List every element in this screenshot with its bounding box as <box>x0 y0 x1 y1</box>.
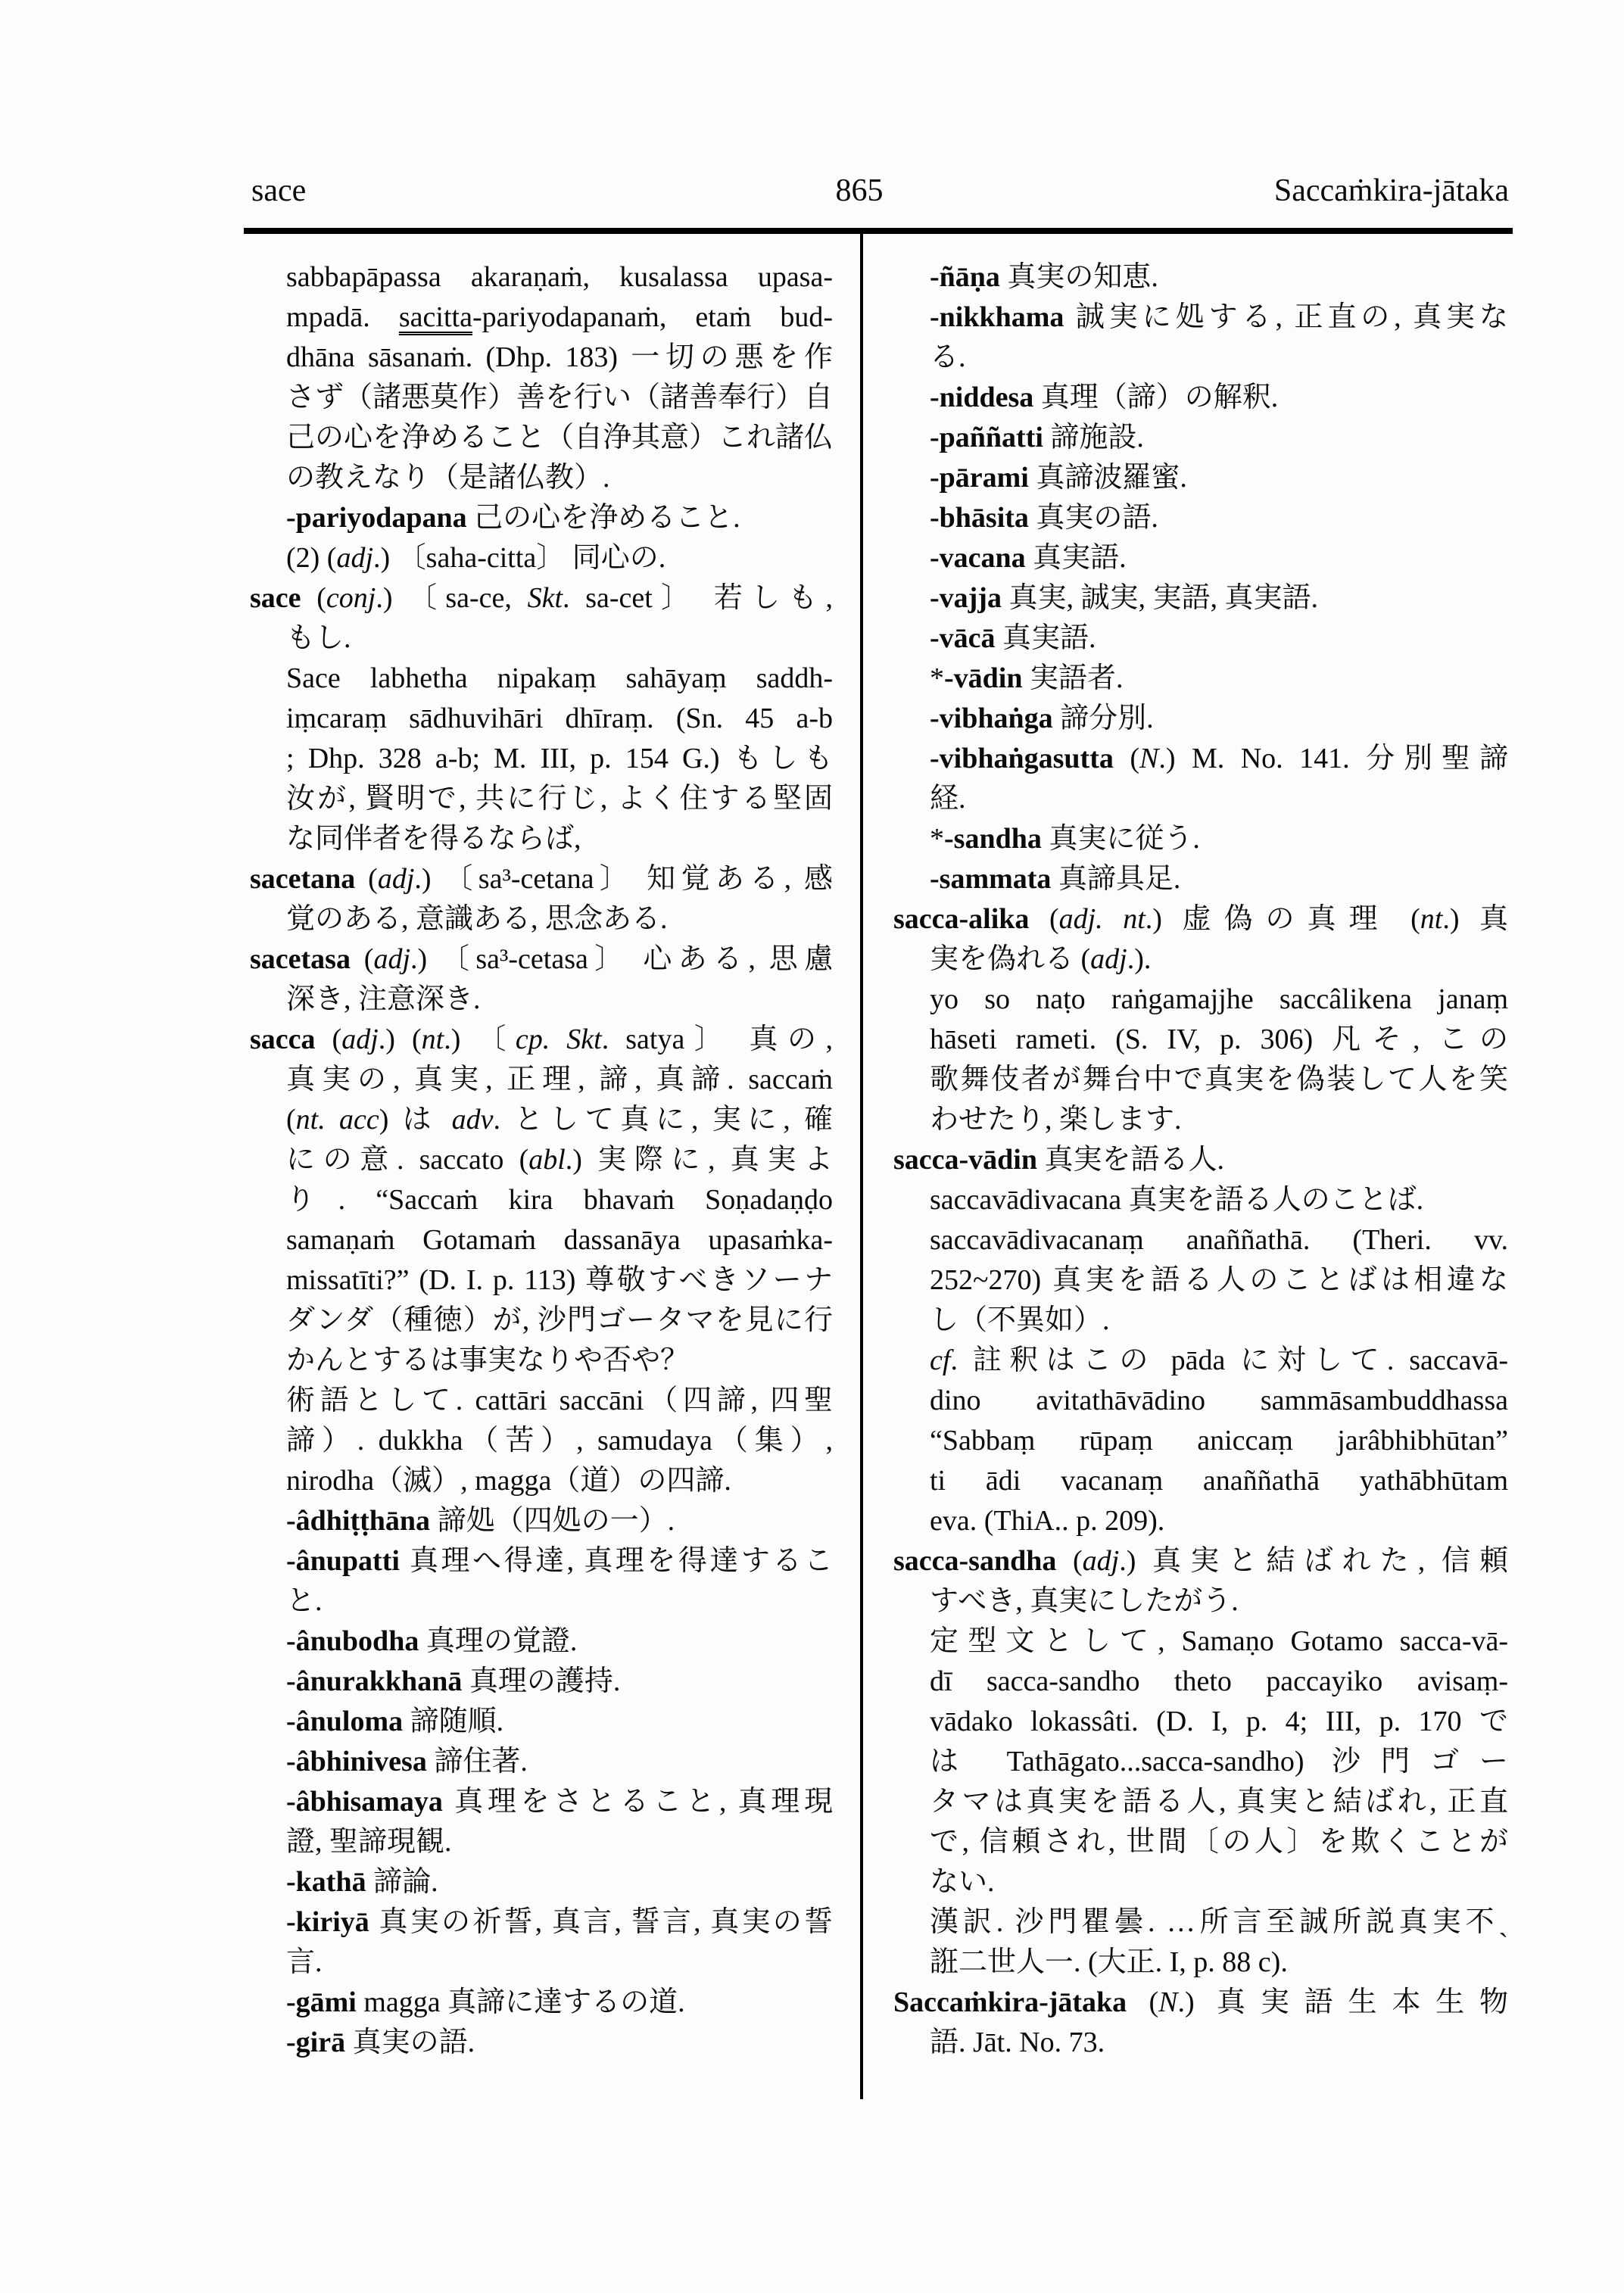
dict-line: dī sacca-sandho theto paccayiko avisaṃ- <box>893 1662 1508 1702</box>
dict-line: -girā 真実の語. <box>250 2023 833 2063</box>
dict-line: saccavādivacana 真実を語る人のことば. <box>893 1180 1508 1220</box>
dict-line: samaṇaṁ Gotamaṁ dassanāya upasaṁka- <box>250 1220 833 1260</box>
dict-line: vādako lokassâti. (D. I, p. 4; III, p. 1… <box>893 1702 1508 1742</box>
dict-line: -paññatti 諦施設. <box>893 418 1508 458</box>
dict-line: 漢訳. 沙門瞿曇. …所言至誠所説真実不ˏ <box>893 1902 1508 1943</box>
dict-line: な同伴者を得るならば, <box>250 819 833 859</box>
dict-line: -âdhiṭṭhāna 諦処（四処の一）. <box>250 1501 833 1541</box>
dict-line: *-sandha 真実に従う. <box>893 819 1508 859</box>
dict-line: sacca-sandha (adj.) 真実と結ばれた, 信頼 <box>893 1541 1508 1581</box>
dict-line: かんとするは事実なりや否や？ <box>250 1341 833 1381</box>
dict-line: -nikkhama 誠実に処する, 正直の, 真実な <box>893 298 1508 338</box>
dict-line: -niddesa 真理（諦）の解釈. <box>893 378 1508 418</box>
dict-line: sacca-vādin 真実を語る人. <box>893 1140 1508 1180</box>
dict-line: Saccaṁkira-jātaka (N.) 真実語生本生物 <box>893 1983 1508 2023</box>
dict-line: 汝が, 賢明で, 共に行じ, よく住する堅固 <box>250 779 833 819</box>
dict-line: -pariyodapana 己の心を浄めること. <box>250 498 833 538</box>
dict-line: 歌舞伎者が舞台中で真実を偽装して人を笑 <box>893 1060 1508 1100</box>
dict-line: 実を偽れる (adj.). <box>893 939 1508 980</box>
dict-line: る. <box>893 338 1508 378</box>
dict-line: -ânubodha 真理の覚證. <box>250 1622 833 1662</box>
dict-line: もし. <box>250 618 833 659</box>
dict-line: わせたり, 楽します. <box>893 1100 1508 1140</box>
header-rule <box>244 228 1513 234</box>
dict-line: sacca (adj.) (nt.) 〔cp. Skt. satya〕 真の, <box>250 1020 833 1060</box>
dict-line: nirodha（滅）, magga（道）の四諦. <box>250 1461 833 1501</box>
dict-line: さず（諸悪莫作）善を行い（諸善奉行）自 <box>250 378 833 418</box>
dict-line: sace (conj.) 〔sa-ce, Skt. sa-cet〕 若しも, <box>250 578 833 618</box>
dict-line: 経. <box>893 779 1508 819</box>
dict-line: -pārami 真諦波羅蜜. <box>893 458 1508 498</box>
dict-line: し（不異如）. <box>893 1301 1508 1341</box>
dict-line: -ânurakkhanā 真理の護持. <box>250 1662 833 1702</box>
dict-line: ; Dhp. 328 a-b; M. III, p. 154 G.) もしも <box>250 739 833 779</box>
dict-line: -âbhisamaya 真理をさとること, 真理現 <box>250 1782 833 1822</box>
dict-line: missatīti?” (D. I. p. 113) 尊敬すべきソーナ <box>250 1260 833 1301</box>
dict-line: dhāna sāsanaṁ. (Dhp. 183) 一切の悪を作 <box>250 338 833 378</box>
dict-line: (nt. acc) は adv. として真に, 実に, 確 <box>250 1100 833 1140</box>
dict-line: 己の心を浄めること（自浄其意）これ諸仏 <box>250 418 833 458</box>
dict-line: 語. Jāt. No. 73. <box>893 2023 1508 2063</box>
dict-line: -vajja 真実, 誠実, 実語, 真実語. <box>893 578 1508 618</box>
dict-line: 證, 聖諦現観. <box>250 1822 833 1862</box>
dict-line: と. <box>250 1581 833 1622</box>
dict-line: sacetasa (adj.) 〔sa³-cetasa〕 心ある, 思慮 <box>250 939 833 980</box>
column-right: -ñāṇa 真実の知恵.-nikkhama 誠実に処する, 正直の, 真実なる.… <box>893 257 1508 2063</box>
dict-line: 言. <box>250 1943 833 1983</box>
dict-line: -kathā 諦論. <box>250 1862 833 1902</box>
dict-line: -ânuloma 諦随順. <box>250 1702 833 1742</box>
dict-line: 定型文として, Samaṇo Gotamo sacca-vā- <box>893 1622 1508 1662</box>
dict-line: dino avitathāvādino sammāsambuddhassa <box>893 1381 1508 1421</box>
dict-line: saccavādivacanaṃ anaññathā. (Theri. vv. <box>893 1220 1508 1260</box>
dict-line: -gāmi magga 真諦に達するの道. <box>250 1983 833 2023</box>
dict-line: -bhāsita 真実の語. <box>893 498 1508 538</box>
dict-line: -vibhaṅga 諦分別. <box>893 699 1508 739</box>
dict-line: ない. <box>893 1862 1508 1902</box>
dict-line: -kiriyā 真実の祈誓, 真言, 誓言, 真実の誓 <box>250 1902 833 1943</box>
dict-line: の教えなり（是諸仏教）. <box>250 458 833 498</box>
dict-line: 術語として. cattāri saccāni（四諦, 四聖 <box>250 1381 833 1421</box>
dict-line: Sace labhetha nipakaṃ sahāyaṃ saddh- <box>250 659 833 699</box>
running-head-right: Saccaṁkira-jātaka <box>1274 170 1509 212</box>
dict-line: hāseti rameti. (S. IV, p. 306) 凡そ, この <box>893 1020 1508 1060</box>
dictionary-page-scan: { "page": { "header": { "left_word": "sa… <box>0 0 1624 2293</box>
dict-line: 覚のある, 意識ある, 思念ある. <box>250 899 833 939</box>
dict-line: -vibhaṅgasutta (N.) M. No. 141. 分別聖諦 <box>893 739 1508 779</box>
dict-line: yo so naṭo raṅgamajjhe saccâlikena janaṃ <box>893 980 1508 1020</box>
running-head-left: sace <box>251 170 306 212</box>
dict-line: “Sabbaṃ rūpaṃ aniccaṃ jarâbhibhūtan” <box>893 1421 1508 1461</box>
dict-line: -vacana 真実語. <box>893 538 1508 578</box>
dict-line: -sammata 真諦具足. <box>893 859 1508 899</box>
dict-line: は Tathāgato...sacca-sandho) 沙門ゴー <box>893 1742 1508 1782</box>
dict-line: にの意. saccato (abl.) 実際に, 真実よ <box>250 1140 833 1180</box>
column-left: sabbapāpassa akaraṇaṁ, kusalassa upasa-m… <box>250 257 833 2063</box>
column-divider <box>860 231 863 2099</box>
page-number: 865 <box>780 170 939 212</box>
dict-line: ダンダ（種徳）が, 沙門ゴータマを見に行 <box>250 1301 833 1341</box>
dict-line: 諦）. dukkha（苦）, samudaya（集）, <box>250 1421 833 1461</box>
dict-line: eva. (ThiA.. p. 209). <box>893 1501 1508 1541</box>
dict-line: で, 信頼され, 世間〔の人〕を欺くことが <box>893 1822 1508 1862</box>
dict-line: *-vādin 実語者. <box>893 659 1508 699</box>
dict-line: -vācā 真実語. <box>893 618 1508 659</box>
dict-line: すべき, 真実にしたがう. <box>893 1581 1508 1622</box>
dict-line: ti ādi vacanaṃ anaññathā yathābhūtam <box>893 1461 1508 1501</box>
dict-line: 252~270) 真実を語る人のことばは相違な <box>893 1260 1508 1301</box>
dict-line: mpadā. sacitta-pariyodapanaṁ, etaṁ bud- <box>250 298 833 338</box>
dict-line: -ânupatti 真理へ得達, 真理を得達するこ <box>250 1541 833 1581</box>
dict-line: -âbhinivesa 諦住著. <box>250 1742 833 1782</box>
dict-line: cf. 註釈はこの pāda に対して. saccavā- <box>893 1341 1508 1381</box>
dict-line: sabbapāpassa akaraṇaṁ, kusalassa upasa- <box>250 257 833 298</box>
dict-line: 深き, 注意深き. <box>250 980 833 1020</box>
dict-line: sacetana (adj.) 〔sa³-cetana〕 知覚ある, 感 <box>250 859 833 899</box>
dict-line: 真実の, 真実, 正理, 諦, 真諦. saccaṁ <box>250 1060 833 1100</box>
dict-line: iṃcaraṃ sādhuvihāri dhīraṃ. (Sn. 45 a-b <box>250 699 833 739</box>
dict-line: 誑㆓世人㆒. (大正. I, p. 88 c). <box>893 1943 1508 1983</box>
dict-line: -ñāṇa 真実の知恵. <box>893 257 1508 298</box>
dict-line: sacca-alika (adj. nt.) 虚偽の真理 (nt.) 真 <box>893 899 1508 939</box>
dict-line: (2) (adj.) 〔saha-citta〕 同心の. <box>250 538 833 578</box>
dict-line: り. “Saccaṁ kira bhavaṁ Soṇadaṇḍo <box>250 1180 833 1220</box>
dict-line: タマは真実を語る人, 真実と結ばれ, 正直 <box>893 1782 1508 1822</box>
